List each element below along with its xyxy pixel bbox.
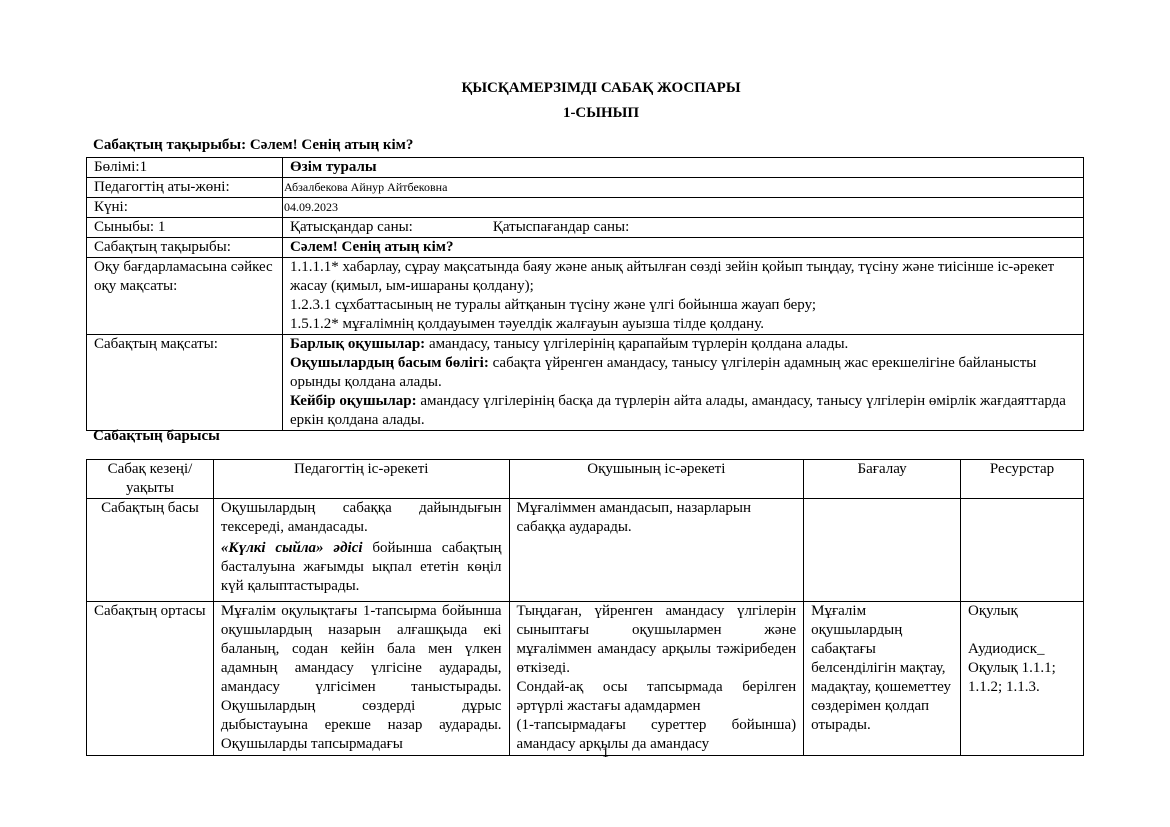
table-row: Сабақтың ортасы Мұғалім оқулықтағы 1-тап…: [87, 602, 1084, 756]
student-cell: Тыңдаған, үйренген амандасу үлгілерін сы…: [509, 602, 804, 756]
present-label: Қатысқандар саны:: [290, 219, 413, 235]
assessment-cell: [804, 499, 961, 602]
method-name: «Күлкі сыйла» әдісі: [221, 540, 363, 556]
aim-lead: Оқушылардың басым бөлігі:: [290, 355, 489, 371]
objectives-cell: 1.1.1.1* хабарлау, сұрау мақсатында баяу…: [283, 258, 1084, 335]
objective-item: 1.1.1.1* хабарлау, сұрау мақсатында баяу…: [290, 258, 1076, 296]
table-row: Сабақтың басы Оқушылардың сабаққа дайынд…: [87, 499, 1084, 602]
header-stage: Сабақ кезеңі/уақыты: [87, 460, 214, 499]
student-text: Сондай-ақ осы тапсырмада берілген әртүрл…: [517, 678, 797, 716]
aim-lead: Барлық оқушылар:: [290, 336, 425, 352]
document-title: ҚЫСҚАМЕРЗІМДІ САБАҚ ЖОСПАРЫ: [0, 80, 1170, 97]
table-row: Бөлімі:1 Өзім туралы: [87, 158, 1084, 178]
teacher-method: «Күлкі сыйла» әдісі бойынша сабақтың бас…: [221, 539, 502, 596]
date-value: 04.09.2023: [283, 198, 1084, 218]
objective-item: 1.2.3.1 сұхбаттасының не туралы айтқанын…: [290, 296, 1076, 315]
header-resources: Ресурстар: [961, 460, 1084, 499]
table-header-row: Сабақ кезеңі/уақыты Педагогтің іс-әрекет…: [87, 460, 1084, 499]
grade-title: 1-СЫНЫП: [0, 105, 1170, 122]
student-text: Тыңдаған, үйренген амандасу үлгілерін сы…: [517, 602, 797, 678]
teacher-text: Оқушылардың сабаққа дайындығын тексереді…: [221, 499, 502, 537]
class-label: Сыныбы: 1: [87, 218, 283, 238]
header-student: Оқушының іс-әрекеті: [509, 460, 804, 499]
student-text: (1-тапсырмадағы суреттер бойынша) аманда…: [517, 716, 797, 754]
lesson-plan-table: Сабақ кезеңі/уақыты Педагогтің іс-әрекет…: [86, 459, 1084, 756]
table-row: Сыныбы: 1 Қатысқандар саны:Қатыспағандар…: [87, 218, 1084, 238]
section-value: Өзім туралы: [283, 158, 1084, 178]
table-row: Күні: 04.09.2023: [87, 198, 1084, 218]
table-row: Сабақтың мақсаты: Барлық оқушылар: аманд…: [87, 335, 1084, 431]
date-label: Күні:: [87, 198, 283, 218]
aim-item: Кейбір оқушылар: амандасу үлгілерінің ба…: [290, 392, 1076, 430]
teacher-cell: Оқушылардың сабаққа дайындығын тексереді…: [213, 499, 509, 602]
absent-label: Қатыспағандар саны:: [493, 219, 629, 235]
student-cell: Мұғаліммен амандасып, назарларын сабаққа…: [509, 499, 804, 602]
assessment-cell: Мұғалім оқушылардың сабақтағы белсенділі…: [804, 602, 961, 756]
resource-item: Оқулық: [968, 602, 1076, 621]
objective-item: 1.5.1.2* мұғалімнің қолдауымен тәуелдік …: [290, 315, 1076, 334]
table-row: Педагогтің аты-жөні: Абзалбекова Айнур А…: [87, 178, 1084, 198]
resources-cell: Оқулық Аудиодиск_ Оқулық 1.1.1; 1.1.2; 1…: [961, 602, 1084, 756]
page-number: 1: [602, 746, 609, 762]
aims-label: Сабақтың мақсаты:: [87, 335, 283, 431]
lesson-info-table: Бөлімі:1 Өзім туралы Педагогтің аты-жөні…: [86, 157, 1084, 431]
teacher-label: Педагогтің аты-жөні:: [87, 178, 283, 198]
stage-cell: Сабақтың басы: [87, 499, 214, 602]
resources-cell: [961, 499, 1084, 602]
topic-label: Сабақтың тақырыбы:: [87, 238, 283, 258]
aims-cell: Барлық оқушылар: амандасу, танысу үлгіле…: [283, 335, 1084, 431]
header-teacher: Педагогтің іс-әрекеті: [213, 460, 509, 499]
attendance-cell: Қатысқандар саны:Қатыспағандар саны:: [283, 218, 1084, 238]
topic-heading: Сабақтың тақырыбы: Сәлем! Сенің атың кім…: [93, 137, 413, 154]
aim-lead: Кейбір оқушылар:: [290, 393, 417, 409]
progress-heading: Сабақтың барысы: [93, 428, 220, 445]
stage-cell: Сабақтың ортасы: [87, 602, 214, 756]
aim-item: Оқушылардың басым бөлігі: сабақта үйренг…: [290, 354, 1076, 392]
teacher-value: Абзалбекова Айнур Айтбековна: [283, 178, 1084, 198]
resource-item: Аудиодиск_ Оқулық 1.1.1; 1.1.2; 1.1.3.: [968, 640, 1076, 697]
aim-text: амандасу, танысу үлгілерінің қарапайым т…: [425, 336, 848, 352]
objectives-label: Оқу бағдарламасына сәйкес оқу мақсаты:: [87, 258, 283, 335]
topic-value: Сәлем! Сенің атың кім?: [283, 238, 1084, 258]
table-row: Сабақтың тақырыбы: Сәлем! Сенің атың кім…: [87, 238, 1084, 258]
table-row: Оқу бағдарламасына сәйкес оқу мақсаты: 1…: [87, 258, 1084, 335]
section-label: Бөлімі:1: [87, 158, 283, 178]
teacher-cell: Мұғалім оқулықтағы 1-тапсырма бойынша оқ…: [213, 602, 509, 756]
aim-item: Барлық оқушылар: амандасу, танысу үлгіле…: [290, 335, 1076, 354]
header-assessment: Бағалау: [804, 460, 961, 499]
